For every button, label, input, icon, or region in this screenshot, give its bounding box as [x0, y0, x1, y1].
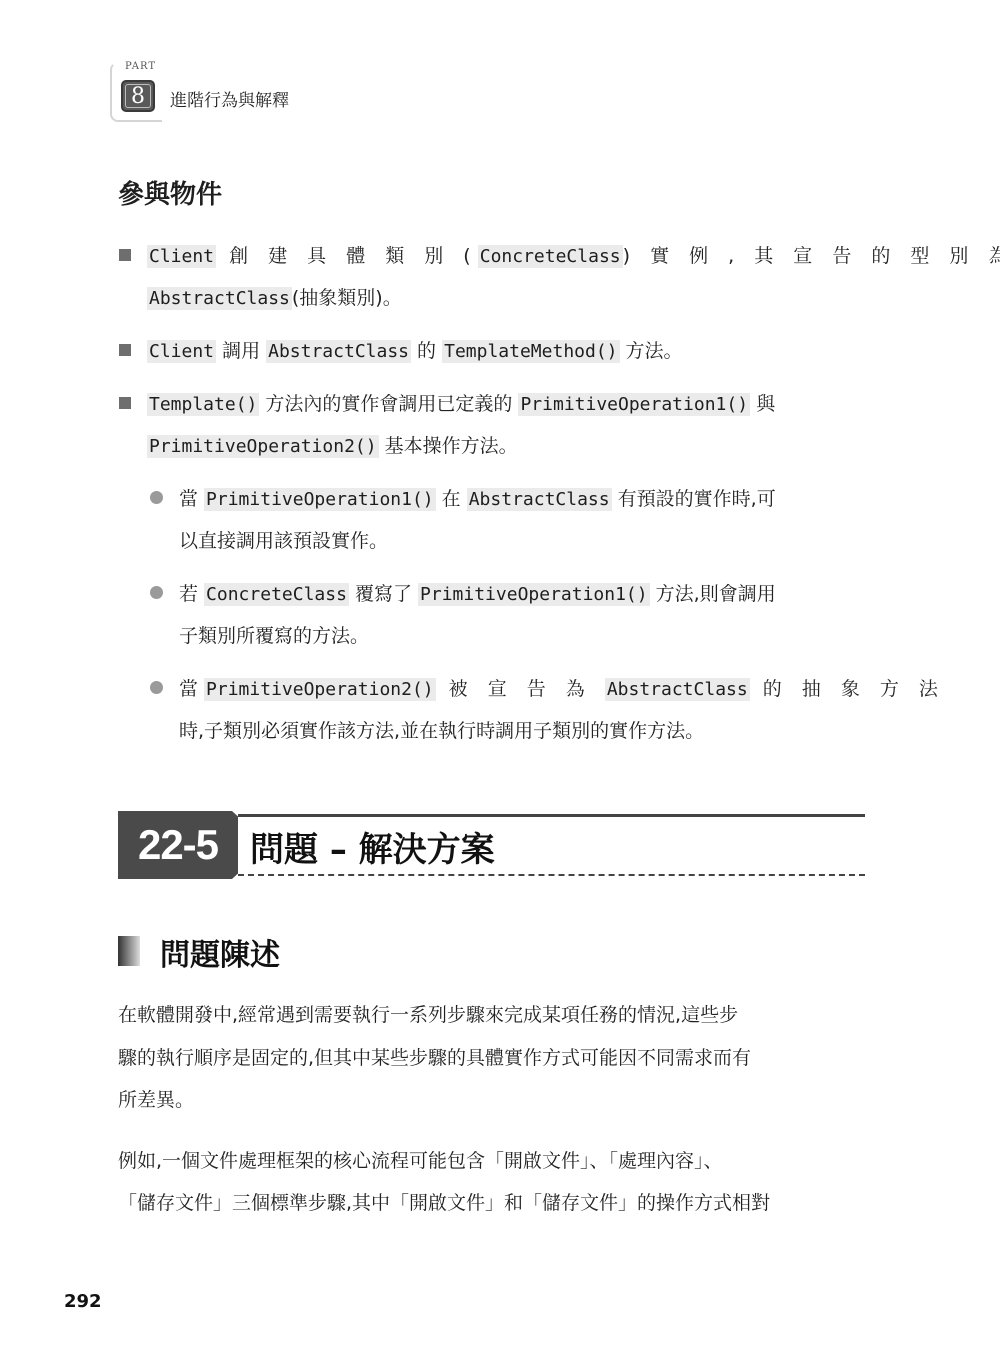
inline-code: AbstractClass [266, 340, 411, 363]
inline-code: TemplateMethod() [442, 340, 619, 363]
inline-code: PrimitiveOperation1() [418, 583, 650, 606]
chapter-number-box: 22-5 [118, 811, 238, 879]
text-line: Client 創 建 具 體 類 別 (ConcreteClass) 實 例 ,… [147, 241, 1000, 268]
part-title: 進階行為與解釋 [170, 86, 289, 111]
paragraph-line: 在軟體開發中,經常遇到需要執行一系列步驟來完成某項任務的情況,這些步 [118, 1000, 738, 1027]
inline-text: 方法。 [620, 340, 683, 362]
inline-code: Client [147, 340, 216, 363]
inline-text: (抽象類別)。 [292, 287, 402, 309]
inline-code: Client [147, 245, 216, 268]
round-bullet-icon [150, 586, 163, 599]
text-line: Template() 方法內的實作會調用已定義的 PrimitiveOperat… [147, 389, 775, 416]
inline-text: 在 [436, 488, 467, 510]
inline-code: AbstractClass [467, 488, 612, 511]
round-bullet-icon [150, 681, 163, 694]
section-gradient-marker-icon [118, 936, 140, 966]
text-line: PrimitiveOperation2() 基本操作方法。 [147, 431, 518, 458]
chapter-top-rule [238, 814, 865, 817]
inline-text: 有預設的實作時,可 [612, 488, 776, 510]
participants-heading: 參與物件 [118, 174, 222, 211]
problem-heading: 問題陳述 [160, 930, 280, 974]
inline-code: AbstractClass [147, 287, 292, 310]
text-line: 若 ConcreteClass 覆寫了 PrimitiveOperation1(… [179, 579, 776, 606]
round-bullet-icon [150, 491, 163, 504]
inline-text: 基本操作方法。 [379, 435, 518, 457]
text-line: 時,子類別必須實作該方法,並在執行時調用子類別的實作方法。 [179, 716, 704, 743]
inline-text: 方法內的實作會調用已定義的 [259, 393, 518, 415]
inline-text: 的 [411, 340, 442, 362]
inline-text: 方法,則會調用 [650, 583, 776, 605]
inline-code: PrimitiveOperation1() [204, 488, 436, 511]
square-bullet-icon [119, 397, 131, 409]
chapter-dashed-rule [238, 874, 865, 876]
square-bullet-icon [119, 249, 131, 261]
inline-text: 時,子類別必須實作該方法,並在執行時調用子類別的實作方法。 [179, 720, 704, 742]
part-label: PART [123, 61, 158, 72]
text-line: 當 PrimitiveOperation1() 在 AbstractClass … [179, 484, 776, 511]
inline-text: 調用 [216, 340, 266, 362]
text-line: Client 調用 AbstractClass 的 TemplateMethod… [147, 336, 683, 363]
square-bullet-icon [119, 344, 131, 356]
inline-text: ) 實 例 , 其 宣 告 的 型 別 為 [623, 245, 1000, 267]
paragraph-line: 例如,一個文件處理框架的核心流程可能包含「開啟文件」、「處理內容」、 [118, 1146, 723, 1173]
inline-text: 以直接調用該預設實作。 [179, 530, 388, 552]
inline-code: PrimitiveOperation1() [518, 393, 750, 416]
paragraph-line: 「儲存文件」三個標準步驟,其中「開啟文件」和「儲存文件」的操作方式相對 [118, 1188, 770, 1215]
inline-code: PrimitiveOperation2() [147, 435, 379, 458]
inline-code: PrimitiveOperation2() [204, 678, 436, 701]
inline-text: 被 宣 告 為 [436, 678, 605, 700]
inline-text: 的 抽 象 方 法 [750, 678, 945, 700]
inline-code: ConcreteClass [478, 245, 623, 268]
inline-text: 創 建 具 體 類 別 ( [216, 245, 478, 267]
paragraph-line: 驟的執行順序是固定的,但其中某些步驟的具體實作方式可能因不同需求而有 [118, 1043, 751, 1070]
text-line: 當 PrimitiveOperation2() 被 宣 告 為 Abstract… [179, 674, 945, 701]
text-line: 子類別所覆寫的方法。 [179, 621, 369, 648]
text-line: 以直接調用該預設實作。 [179, 526, 388, 553]
inline-text: 子類別所覆寫的方法。 [179, 625, 369, 647]
inline-text: 覆寫了 [349, 583, 418, 605]
part-number-badge: 8 [121, 80, 155, 112]
paragraph-line: 所差異。 [118, 1085, 194, 1112]
inline-code: Template() [147, 393, 259, 416]
inline-text: 當 [179, 678, 204, 700]
inline-text: 與 [750, 393, 775, 415]
page-number: 292 [64, 1291, 102, 1312]
inline-code: AbstractClass [605, 678, 750, 701]
inline-code: ConcreteClass [204, 583, 349, 606]
chapter-title: 問題 – 解決方案 [250, 822, 495, 871]
text-line: AbstractClass(抽象類別)。 [147, 283, 402, 310]
inline-text: 當 [179, 488, 204, 510]
inline-text: 若 [179, 583, 204, 605]
